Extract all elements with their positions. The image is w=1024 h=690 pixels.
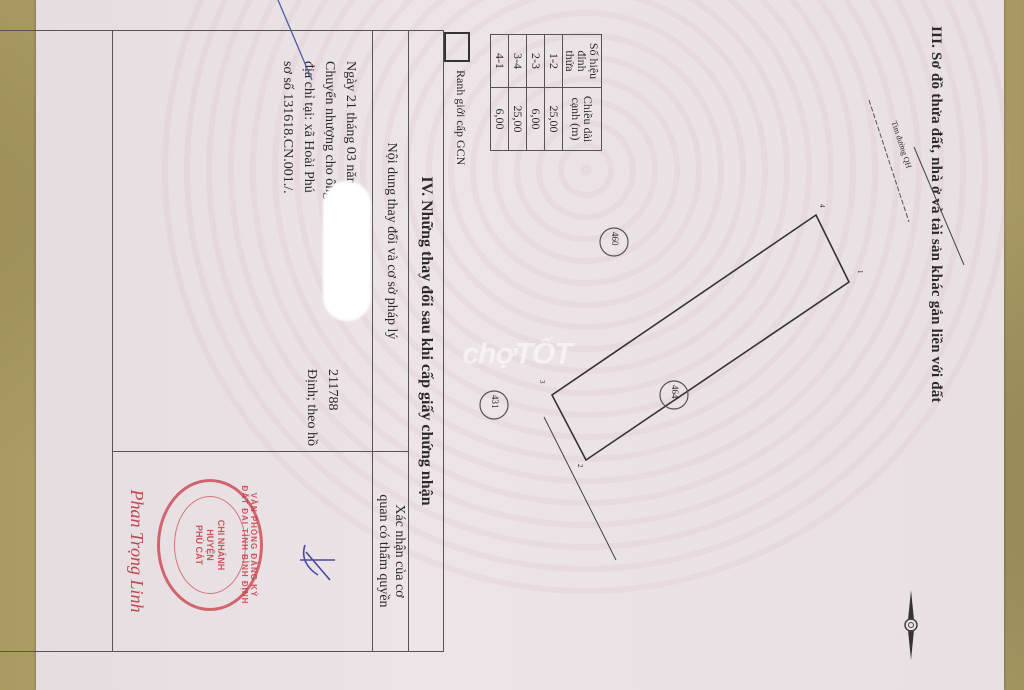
- entry-fragment-id: 211788: [324, 369, 340, 410]
- chotot-watermark: chợTỐT: [462, 338, 571, 372]
- changes-table: IV. Những thay đổi sau khi cấp giấy chứn…: [112, 30, 444, 652]
- entry-fragment-location: Định; theo hồ: [303, 369, 319, 446]
- edge-length-table: Số hiệu đỉnh thửa Chiều dài cạnh (m) 1-2…: [490, 34, 602, 151]
- column-divider: [113, 451, 373, 452]
- stamp-center: CHI NHÁNH HUYỆN PHÙ CÁT: [174, 496, 246, 594]
- parcel-label-464: 464: [670, 385, 680, 399]
- signature-name: Phan Trọng Linh: [126, 451, 147, 651]
- header-confirm: Xác nhận của cơ quan có thẩm quyền: [373, 451, 407, 651]
- stamp-line3: PHÙ CÁT: [194, 497, 205, 593]
- parcel-label-431: 431: [490, 395, 500, 409]
- parcel-label-460: 460: [610, 232, 620, 246]
- table-row: 1-2 25,00: [545, 35, 563, 151]
- header-vertex: Số hiệu đỉnh thửa: [563, 35, 602, 88]
- corner-label-4: 4: [818, 204, 826, 208]
- corner-label-3: 3: [538, 380, 546, 384]
- redaction-blob: [323, 181, 371, 321]
- section-4-changes: IV. Những thay đổi sau khi cấp giấy chứn…: [0, 10, 444, 650]
- legend-boundary-swatch: [444, 32, 470, 62]
- header-confirm-line2: quan có thẩm quyền: [375, 451, 391, 651]
- stamp-line1: CHI NHÁNH: [216, 497, 227, 593]
- changes-table-lower: [0, 30, 114, 652]
- table-row: 2-3 6,00: [527, 35, 545, 151]
- changes-header-row: Nội dung thay đổi và cơ sở pháp lý Xác n…: [372, 31, 409, 651]
- table-row: 3-4 25,00: [509, 35, 527, 151]
- table-row: 4-1 6,00: [491, 35, 509, 151]
- parcel-outline: [552, 215, 849, 460]
- header-confirm-line1: Xác nhận của cơ: [391, 451, 407, 651]
- corner-label-2: 2: [576, 464, 584, 468]
- header-length: Chiều dài cạnh (m): [563, 88, 602, 151]
- official-stamp: VĂN PHÒNG ĐĂNG KÝ ĐẤT ĐAI TỈNH BÌNH ĐỊNH…: [157, 479, 263, 611]
- entry-line-file: sơ số 131618.CN.001./.: [277, 61, 298, 441]
- header-content: Nội dung thay đổi và cơ sở pháp lý: [373, 31, 409, 452]
- certificate-content: III. Sơ đồ thửa đất, nhà ở và tài sản kh…: [36, 0, 1004, 690]
- corner-label-1: 1: [856, 270, 864, 274]
- stamp-line2: HUYỆN: [205, 497, 216, 593]
- legend-label: Ranh giới cấp GCN: [453, 70, 468, 165]
- section-4-title: IV. Những thay đổi sau khi cấp giấy chứn…: [408, 31, 443, 651]
